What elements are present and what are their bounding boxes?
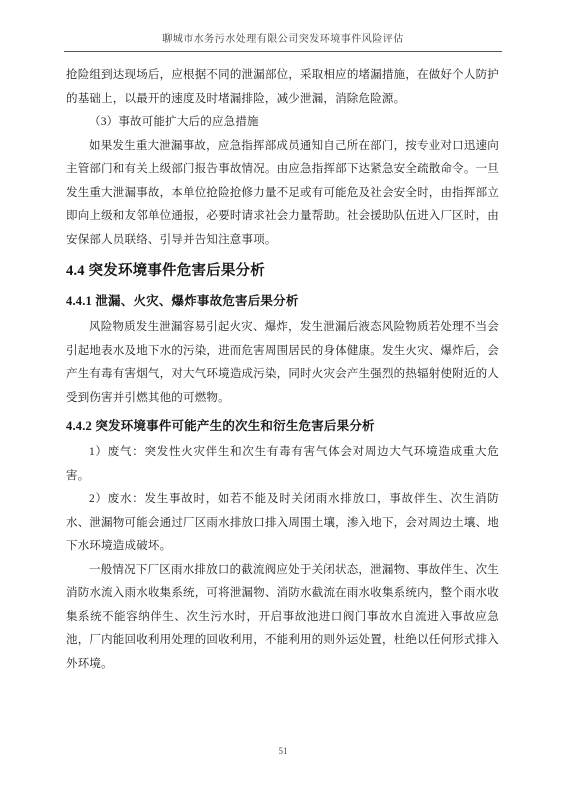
section-heading-4-4-1: 4.4.1 泄漏、火灾、爆炸事故危害后果分析 xyxy=(66,289,499,313)
page-number: 51 xyxy=(279,746,288,756)
paragraph-rainwater-valve-control: 一般情况下厂区雨水排放口的截流阀应处于关闭状态，泄漏物、事故伴生、次生消防水流入… xyxy=(66,559,499,677)
paragraph-major-leak-response: 如果发生重大泄漏事故，应急指挥部成员通知自己所在部门，按专业对口迅速向主管部门和… xyxy=(66,135,499,253)
section-heading-4-4-2: 4.4.2 突发环境事件可能产生的次生和衍生危害后果分析 xyxy=(66,414,499,438)
paragraph-item-3-heading: （3）事故可能扩大后的应急措施 xyxy=(66,111,499,135)
section-heading-4-4: 4.4 突发环境事件危害后果分析 xyxy=(66,259,499,284)
paragraph-waste-gas: 1）废气：突发性火灾伴生和次生有毒有害气体会对周边大气环境造成重大危害。 xyxy=(66,441,499,488)
page-footer: 51 xyxy=(0,746,566,756)
page-header: 聊城市水务污水处理有限公司突发环境事件风险评估 xyxy=(64,33,502,52)
document-body: 抢险组到达现场后，应根据不同的泄漏部位，采取相应的堵漏措施，在做好个人防护的基础… xyxy=(66,64,499,676)
header-title: 聊城市水务污水处理有限公司突发环境事件风险评估 xyxy=(162,34,404,45)
document-page: 聊城市水务污水处理有限公司突发环境事件风险评估 抢险组到达现场后，应根据不同的泄… xyxy=(0,0,566,800)
paragraph-waste-water: 2）废水：发生事故时，如若不能及时关闭雨水排放口，事故伴生、次生消防水、泄漏物可… xyxy=(66,488,499,559)
paragraph-leak-fire-explosion-analysis: 风险物质发生泄漏容易引起火灾、爆炸，发生泄漏后液态风险物质若处理不当会引起地表水… xyxy=(66,316,499,410)
paragraph-emergency-leak-sealing: 抢险组到达现场后，应根据不同的泄漏部位，采取相应的堵漏措施，在做好个人防护的基础… xyxy=(66,64,499,111)
